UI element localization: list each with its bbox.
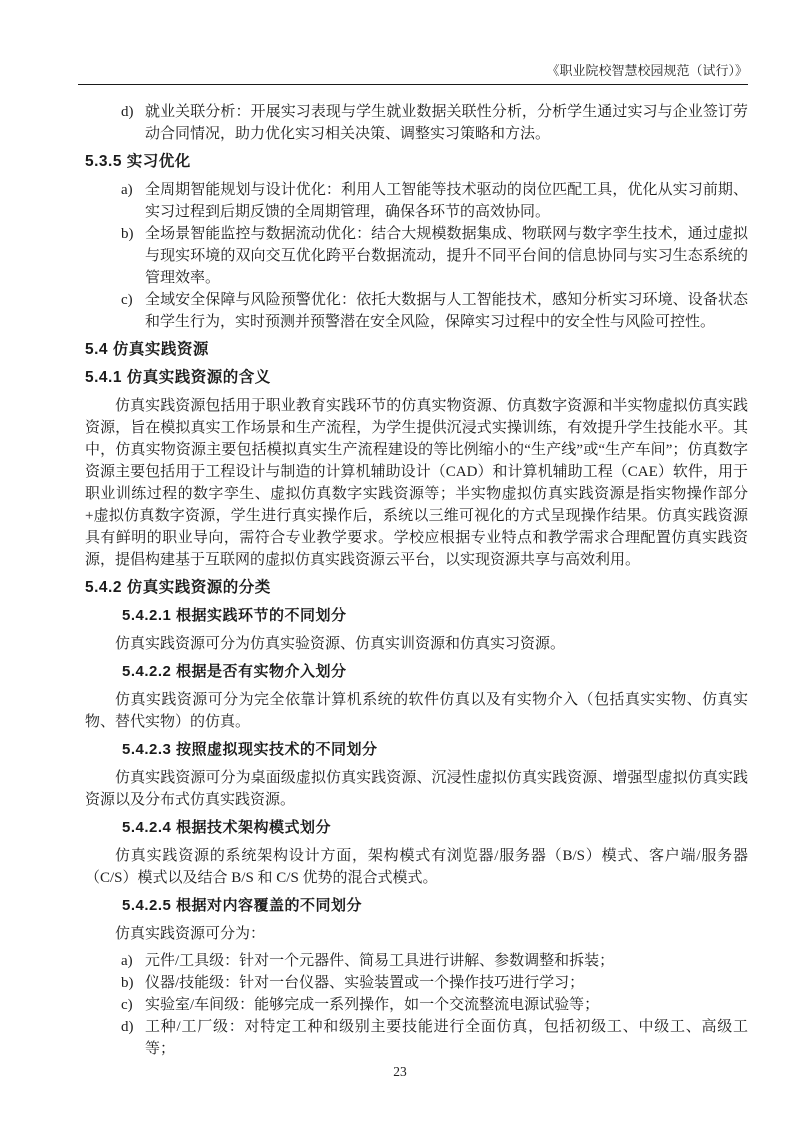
paragraph: 仿真实践资源的系统架构设计方面，架构模式有浏览器/服务器（B/S）模式、客户端/… xyxy=(85,845,748,889)
list-item: b) 全场景智能监控与数据流动优化：结合大规模数据集成、物联网与数字孪生技术，通… xyxy=(85,223,748,289)
section-heading-5-4-2: 5.4.2 仿真实践资源的分类 xyxy=(85,577,748,599)
page-number: 23 xyxy=(0,1061,800,1083)
paragraph: 仿真实践资源可分为完全依靠计算机系统的软件仿真以及有实物介入（包括真实实物、仿真… xyxy=(85,689,748,733)
paragraph: 仿真实践资源包括用于职业教育实践环节的仿真实物资源、仿真数字资源和半实物虚拟仿真… xyxy=(85,395,748,571)
list-item-text: 就业关联分析：开展实习表现与学生就业数据关联性分析，分析学生通过实习与企业签订劳… xyxy=(145,104,748,142)
list-item-label: d) xyxy=(121,1016,134,1038)
list-item-label: a) xyxy=(121,179,133,201)
section-heading-5-4-2-5: 5.4.2.5 根据对内容覆盖的不同划分 xyxy=(122,895,748,917)
list-item: b) 仪器/技能级：针对一台仪器、实验装置或一个操作技巧进行学习； xyxy=(85,972,748,994)
list-item-label: c) xyxy=(121,994,133,1016)
list-item-label: b) xyxy=(121,223,134,245)
section-heading-5-3-5: 5.3.5 实习优化 xyxy=(85,151,748,173)
list-item: c) 实验室/车间级：能够完成一系列操作，如一个交流整流电源试验等； xyxy=(85,994,748,1016)
list-item-label: c) xyxy=(121,289,133,311)
list-item: c) 全域安全保障与风险预警优化：依托大数据与人工智能技术，感知分析实习环境、设… xyxy=(85,289,748,333)
section-heading-5-4: 5.4 仿真实践资源 xyxy=(85,339,748,361)
section-heading-5-4-1: 5.4.1 仿真实践资源的含义 xyxy=(85,367,748,389)
section-heading-5-4-2-4: 5.4.2.4 根据技术架构模式划分 xyxy=(122,817,748,839)
page-header: 《职业院校智慧校园规范（试行）》 xyxy=(78,62,748,85)
list-item-label: d) xyxy=(121,101,134,123)
list-item-text: 全域安全保障与风险预警优化：依托大数据与人工智能技术，感知分析实习环境、设备状态… xyxy=(145,292,748,330)
section-heading-5-4-2-1: 5.4.2.1 根据实践环节的不同划分 xyxy=(122,605,748,627)
list-item-text: 工种/工厂级：对特定工种和级别主要技能进行全面仿真，包括初级工、中级工、高级工等… xyxy=(145,1019,748,1057)
paragraph: 仿真实践资源可分为仿真实验资源、仿真实训资源和仿真实习资源。 xyxy=(85,633,748,655)
document-title: 《职业院校智慧校园规范（试行）》 xyxy=(546,63,748,78)
list-item-text: 仪器/技能级：针对一台仪器、实验装置或一个操作技巧进行学习； xyxy=(145,975,584,991)
list-item-text: 全场景智能监控与数据流动优化：结合大规模数据集成、物联网与数字孪生技术，通过虚拟… xyxy=(145,226,748,286)
list-item: a) 元件/工具级：针对一个元器件、简易工具进行讲解、参数调整和拆装； xyxy=(85,950,748,972)
list-item-text: 全周期智能规划与设计优化：利用人工智能等技术驱动的岗位匹配工具，优化从实习前期、… xyxy=(145,182,748,220)
section-heading-5-4-2-3: 5.4.2.3 按照虚拟现实技术的不同划分 xyxy=(122,739,748,761)
paragraph: 仿真实践资源可分为桌面级虚拟仿真实践资源、沉浸性虚拟仿真实践资源、增强型虚拟仿真… xyxy=(85,767,748,811)
paragraph: 仿真实践资源可分为： xyxy=(85,923,748,945)
list-item: a) 全周期智能规划与设计优化：利用人工智能等技术驱动的岗位匹配工具，优化从实习… xyxy=(85,179,748,223)
list-item: d) 工种/工厂级：对特定工种和级别主要技能进行全面仿真，包括初级工、中级工、高… xyxy=(85,1016,748,1060)
list-item: d) 就业关联分析：开展实习表现与学生就业数据关联性分析，分析学生通过实习与企业… xyxy=(85,101,748,145)
section-heading-5-4-2-2: 5.4.2.2 根据是否有实物介入划分 xyxy=(122,661,748,683)
document-page: 《职业院校智慧校园规范（试行）》 d) 就业关联分析：开展实习表现与学生就业数据… xyxy=(0,0,800,1131)
list-item-text: 实验室/车间级：能够完成一系列操作，如一个交流整流电源试验等； xyxy=(145,997,599,1013)
list-item-text: 元件/工具级：针对一个元器件、简易工具进行讲解、参数调整和拆装； xyxy=(145,953,614,969)
list-item-label: b) xyxy=(121,972,134,994)
list-item-label: a) xyxy=(121,950,133,972)
